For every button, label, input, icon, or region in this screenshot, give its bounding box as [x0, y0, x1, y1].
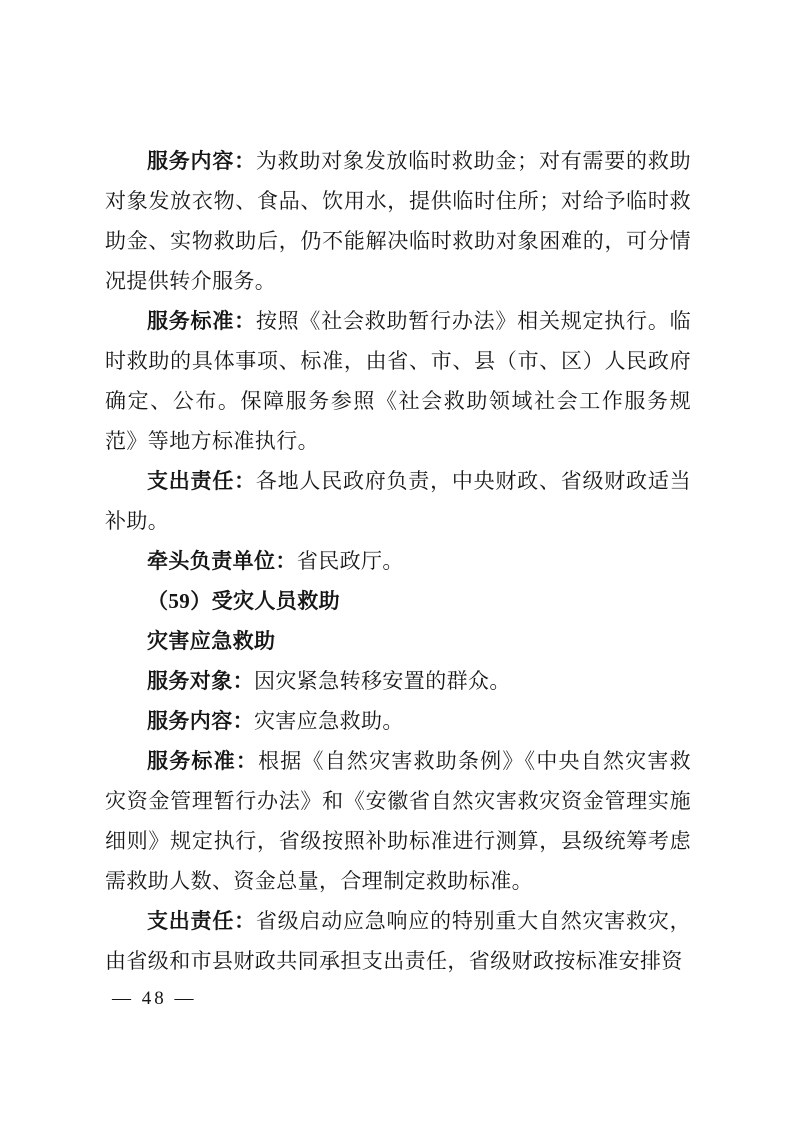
paragraph-label: 牵头负责单位： — [147, 549, 297, 573]
document-body: 服务内容：为救助对象发放临时救助金；对有需要的救助对象发放衣物、食品、饮用水，提… — [105, 141, 691, 981]
heading-text: 灾害应急救助 — [147, 629, 275, 653]
document-page: 服务内容：为救助对象发放临时救助金；对有需要的救助对象发放衣物、食品、饮用水，提… — [0, 0, 793, 1122]
heading-text: （59）受灾人员救助 — [147, 589, 340, 613]
paragraph-lead-unit: 牵头负责单位：省民政厅。 — [105, 541, 691, 581]
paragraph-label: 支出责任： — [147, 909, 256, 933]
paragraph-label: 服务内容： — [147, 709, 254, 733]
paragraph-expenditure-responsibility-2: 支出责任：省级启动应急响应的特别重大自然灾害救灾，由省级和市县财政共同承担支出责… — [105, 901, 691, 981]
paragraph-service-content-2: 服务内容：灾害应急救助。 — [105, 701, 691, 741]
subsection-heading-disaster-emergency-relief: 灾害应急救助 — [105, 621, 691, 661]
paragraph-text: 灾害应急救助。 — [254, 709, 404, 733]
paragraph-label: 服务内容： — [147, 149, 256, 173]
paragraph-service-standard-2: 服务标准：根据《自然灾害救助条例》《中央自然灾害救灾资金管理暂行办法》和《安徽省… — [105, 741, 691, 901]
paragraph-expenditure-responsibility-1: 支出责任：各地人民政府负责，中央财政、省级财政适当补助。 — [105, 461, 691, 541]
paragraph-service-content-1: 服务内容：为救助对象发放临时救助金；对有需要的救助对象发放衣物、食品、饮用水，提… — [105, 141, 691, 301]
paragraph-text: 省民政厅。 — [297, 549, 404, 573]
page-number: — 48 — — [112, 988, 197, 1010]
paragraph-label: 服务标准： — [147, 309, 256, 333]
paragraph-label: 服务对象： — [147, 669, 254, 693]
section-heading-59: （59）受灾人员救助 — [105, 581, 691, 621]
paragraph-service-standard-1: 服务标准：按照《社会救助暂行办法》相关规定执行。临时救助的具体事项、标准，由省、… — [105, 301, 691, 461]
paragraph-text: 因灾紧急转移安置的群众。 — [254, 669, 511, 693]
paragraph-label: 支出责任： — [147, 469, 256, 493]
paragraph-service-target: 服务对象：因灾紧急转移安置的群众。 — [105, 661, 691, 701]
paragraph-label: 服务标准： — [147, 749, 258, 773]
